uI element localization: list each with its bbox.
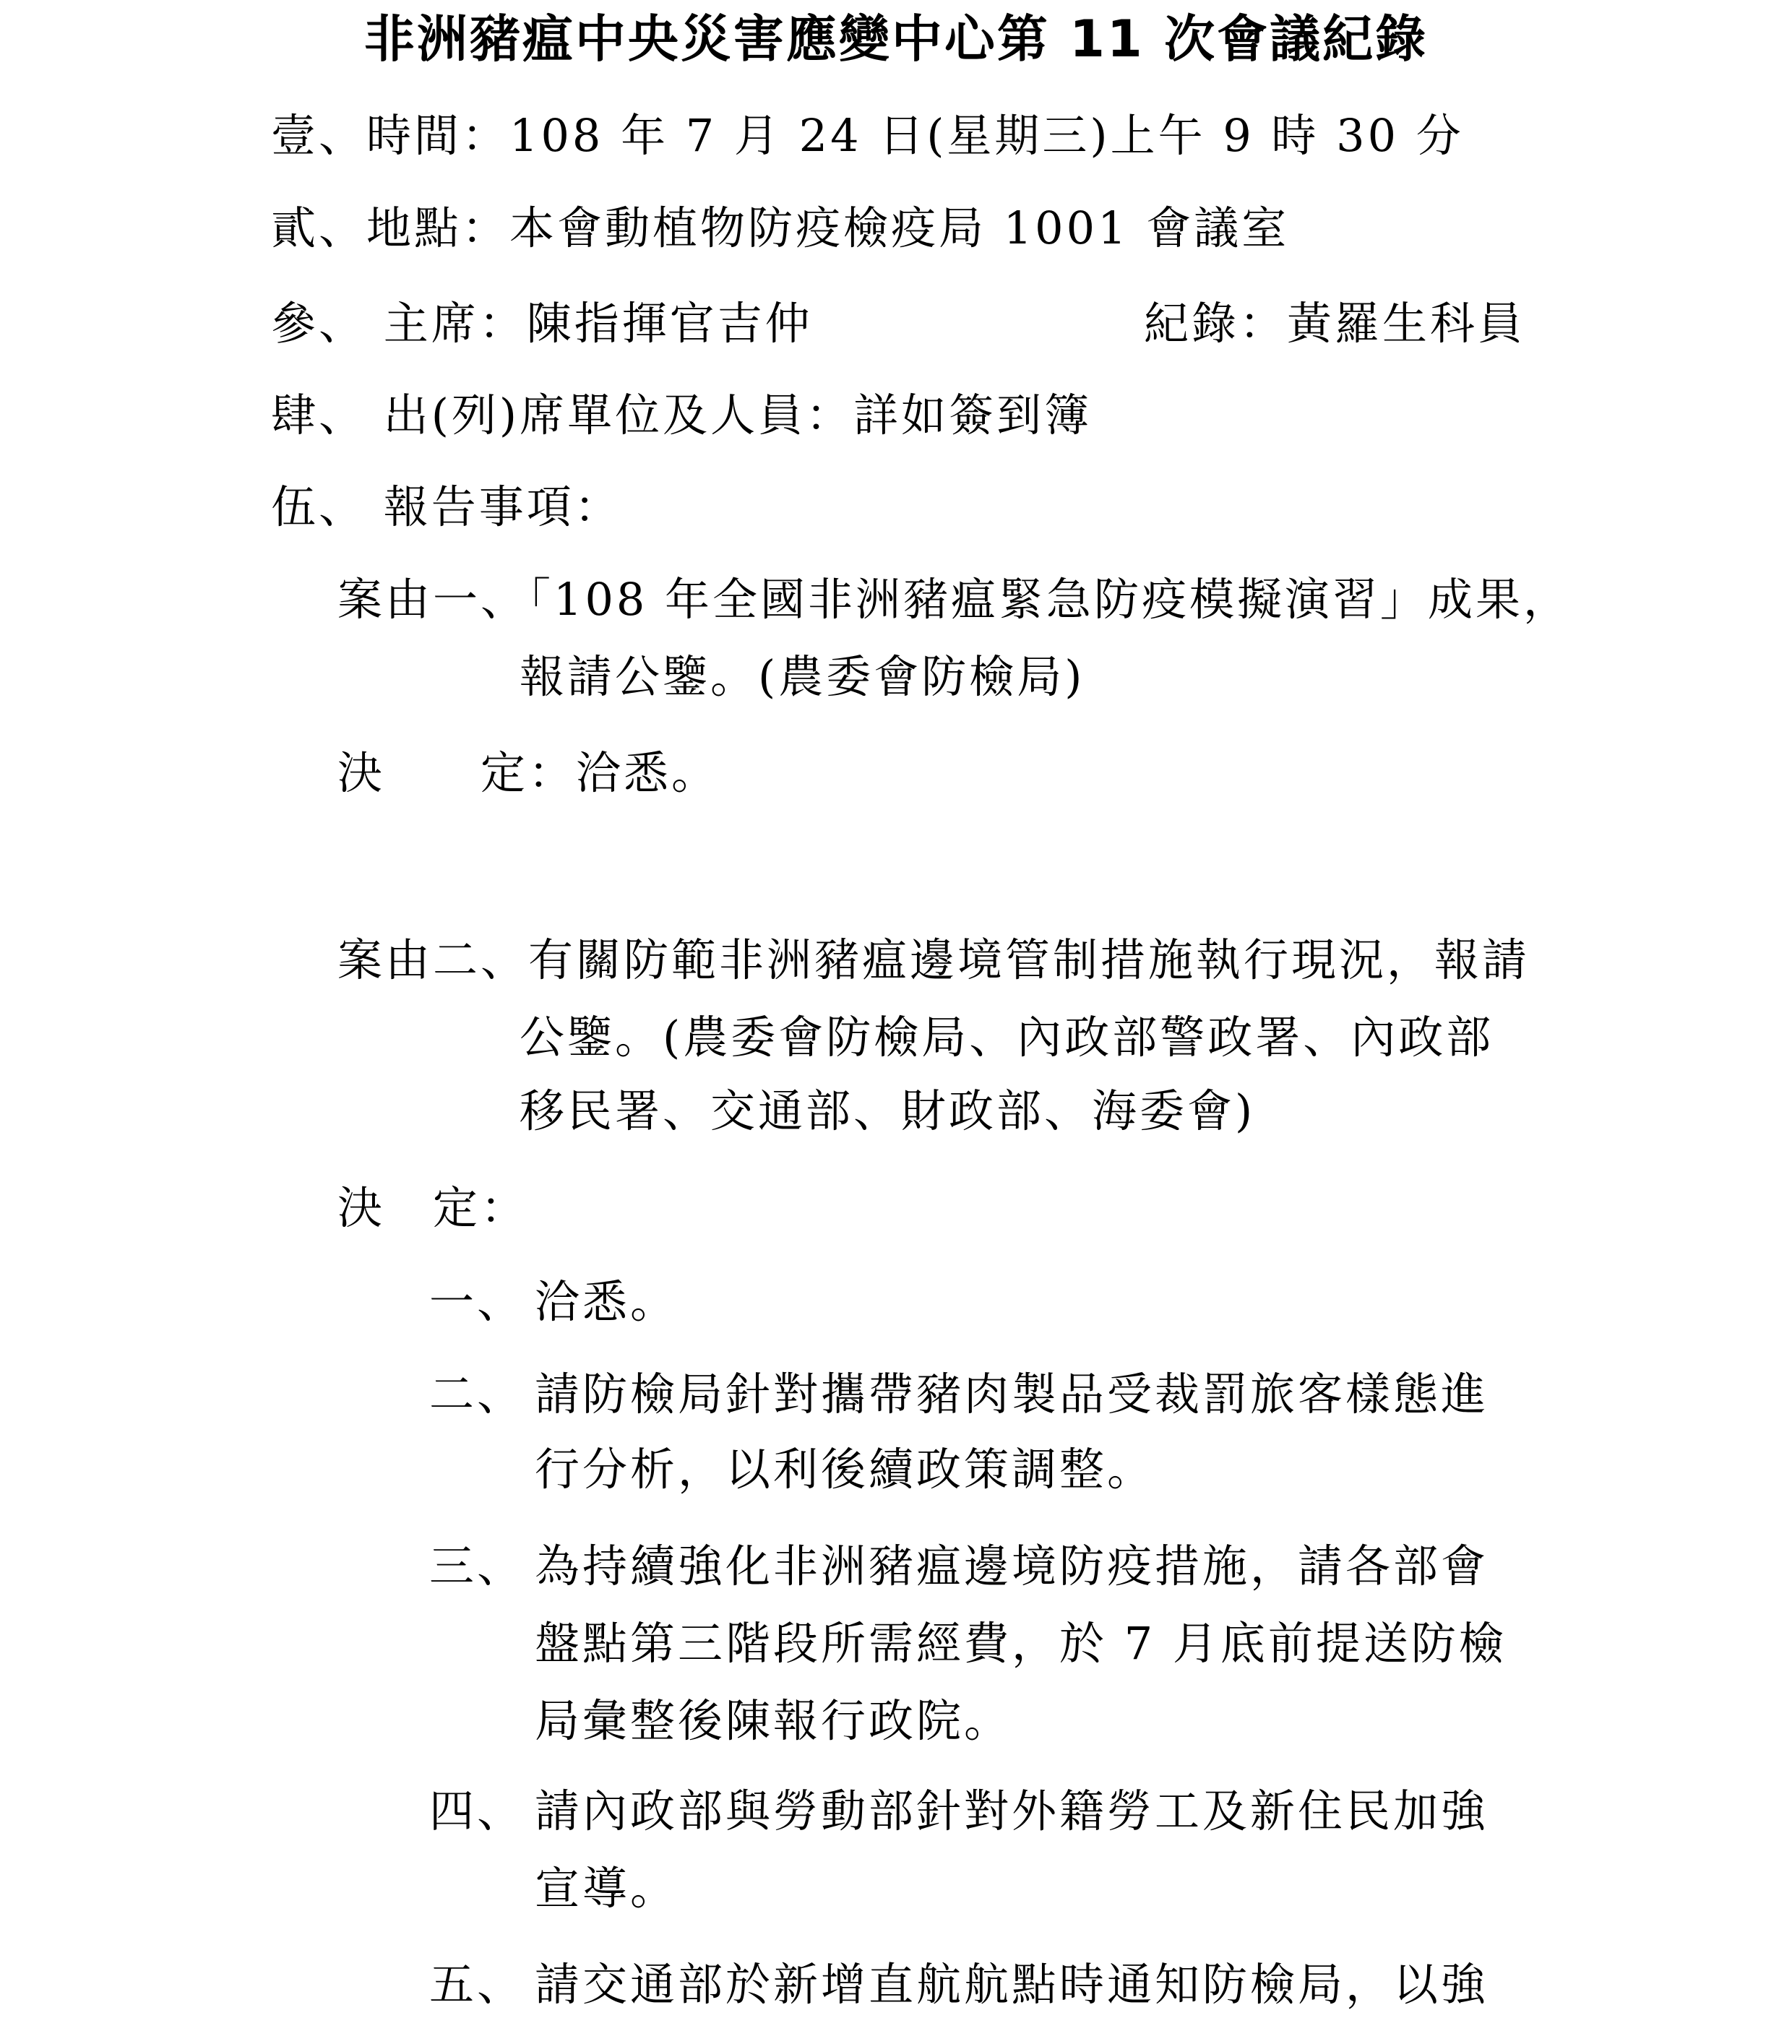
item-text: 請內政部與勞動部針對外籍勞工及新住民加強 xyxy=(535,1782,1489,1840)
recorder: 紀錄：黃羅生科員 xyxy=(1144,295,1525,353)
place-value: 本會動植物防疫檢疫局 1001 會議室 xyxy=(509,202,1289,254)
time-value: 108 年 7 月 24 日(星期三)上午 9 時 30 分 xyxy=(509,109,1464,162)
case-1-decision: 決 定：洽悉。 xyxy=(337,744,719,802)
decision-item-4: 四、 請內政部與勞動部針對外籍勞工及新住民加強 xyxy=(429,1782,525,1840)
case-2-line-3: 移民署、交通部、財政部、海委會) xyxy=(520,1082,1255,1140)
meeting-chair: 參、 主席：陳指揮官吉仲 紀錄：黃羅生科員 xyxy=(271,295,1514,353)
item-number: 二、 xyxy=(429,1368,525,1420)
item-text: 請交通部於新增直航航點時通知防檢局，以強 xyxy=(535,1956,1489,2014)
item-number: 五、 xyxy=(429,1958,525,2011)
time-label: 壹、時間： xyxy=(271,109,509,162)
reports-heading: 伍、 報告事項： xyxy=(271,478,622,536)
item-text: 洽悉。 xyxy=(535,1273,678,1331)
meeting-attendees: 肆、 出(列)席單位及人員：詳如簽到簿 xyxy=(271,387,1092,444)
meeting-place: 貳、地點：本會動植物防疫檢疫局 1001 會議室 xyxy=(271,199,1289,257)
item-text: 為持續強化非洲豬瘟邊境防疫措施，請各部會 xyxy=(535,1538,1489,1595)
decision-item-3: 三、 為持續強化非洲豬瘟邊境防疫措施，請各部會 xyxy=(429,1538,525,1595)
case-1-line-1: 案由一、「108 年全國非洲豬瘟緊急防疫模擬演習」成果， xyxy=(337,571,1571,629)
chair-value: 陳指揮官吉仲 xyxy=(527,297,813,350)
decision-label: 決 定： xyxy=(337,746,576,799)
attendees-value: 詳如簽到簿 xyxy=(853,389,1092,441)
document-title: 非洲豬瘟中央災害應變中心第 11 次會議紀錄 xyxy=(0,10,1792,68)
place-label: 貳、地點： xyxy=(271,202,509,254)
recorder-value: 黃羅生科員 xyxy=(1287,297,1525,350)
case-2-decision-label: 決 定： xyxy=(337,1179,528,1237)
item-number: 三、 xyxy=(429,1540,525,1592)
decision-item-2: 二、 請防檢局針對攜帶豬肉製品受裁罰旅客樣態進 xyxy=(429,1366,525,1423)
decision-item-3-cont-2: 局彙整後陳報行政院。 xyxy=(535,1692,1012,1750)
decision-text: 洽悉。 xyxy=(576,746,719,799)
decision-item-3-cont-1: 盤點第三階段所需經費，於 7 月底前提送防檢 xyxy=(535,1615,1507,1673)
decision-item-1: 一、 洽悉。 xyxy=(429,1273,525,1331)
decision-item-4-cont: 宣導。 xyxy=(535,1860,678,1918)
recorder-label: 紀錄： xyxy=(1144,297,1287,350)
attendees-label: 肆、 出(列)席單位及人員： xyxy=(271,389,853,441)
item-number: 四、 xyxy=(429,1785,525,1837)
chair-label: 參、 主席： xyxy=(271,297,527,350)
case-2-line-2: 公鑒。(農委會防檢局、內政部警政署、內政部 xyxy=(520,1009,1494,1066)
item-number: 一、 xyxy=(429,1275,525,1328)
case-2-line-1: 案由二、有關防範非洲豬瘟邊境管制措施執行現況，報請 xyxy=(337,931,1530,989)
meeting-time: 壹、時間：108 年 7 月 24 日(星期三)上午 9 時 30 分 xyxy=(271,107,1464,165)
decision-item-5: 五、 請交通部於新增直航航點時通知防檢局，以強 xyxy=(429,1956,525,2014)
item-text: 請防檢局針對攜帶豬肉製品受裁罰旅客樣態進 xyxy=(535,1366,1489,1423)
case-1-line-2: 報請公鑒。(農委會防檢局) xyxy=(520,648,1085,706)
decision-item-2-cont: 行分析，以利後續政策調整。 xyxy=(535,1441,1155,1498)
